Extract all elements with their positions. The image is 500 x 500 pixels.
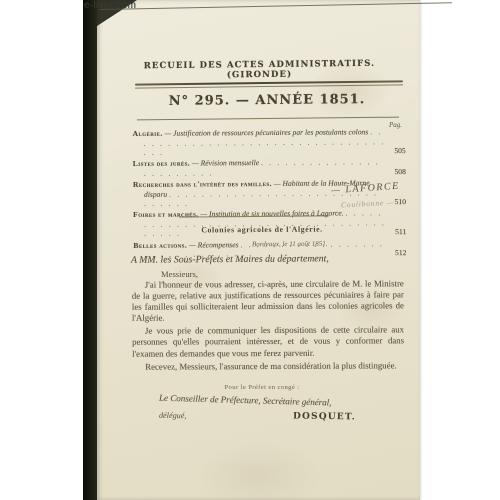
toc-page-number: 505	[394, 146, 405, 156]
printed-content: RECUEIL DES ACTES ADMINISTRATIFS. (GIRON…	[97, 0, 420, 500]
toc-entry: Listes des jurés. — Révision mensuelle .…	[133, 157, 406, 178]
screenshot-background: e-livre.com RECUEIL DES ACTES ADMINISTRA…	[0, 0, 500, 500]
letter-body: J'ai l'honneur de vous adresser, ci-aprè…	[132, 278, 404, 374]
toc-page-number: 512	[395, 248, 406, 258]
signature-per-line: Pour le Préfet en congé :	[137, 384, 387, 391]
toc-description: — Révision mensuelle	[190, 158, 259, 167]
signature-title-line: Le Conseiller de Préfecture, Secrétaire …	[159, 393, 399, 410]
book-spine-edge	[83, 0, 98, 500]
masthead-rule	[135, 80, 403, 88]
toc-term: Listes des jurés.	[133, 159, 190, 168]
site-watermark: e-livre.com	[84, 0, 136, 11]
toc-term: Foires et marchés.	[133, 210, 198, 219]
letter-paragraph: Recevez, Messieurs, l'assurance de ma co…	[132, 360, 404, 373]
document-page: RECUEIL DES ACTES ADMINISTRATIFS. (GIRON…	[97, 0, 420, 500]
letter-paragraph: J'ai l'honneur de vous adresser, ci-aprè…	[132, 278, 404, 324]
issue-number-line: N° 295. — ANNÉE 1851.	[127, 92, 407, 109]
toc-entry: Algérie. — Justification de ressources p…	[133, 127, 406, 158]
toc-page-number: 510	[395, 197, 406, 207]
letter-paragraph: Je vous prie de communiquer les disposit…	[132, 325, 404, 360]
letter-addressees: A MM. les Sous-Préfets et Maires du dépa…	[131, 253, 329, 265]
masthead-title: RECUEIL DES ACTES ADMINISTRATIFS. (GIRON…	[127, 59, 392, 82]
toc-term: Algérie.	[133, 129, 163, 138]
signature-name: DOSQUET.	[293, 412, 356, 423]
signature-delegate: délégué,	[159, 411, 187, 420]
letter-salutation: Messieurs,	[161, 269, 198, 279]
letter-heading: Colonies agricoles de l'Algérie.	[137, 224, 387, 235]
toc-page-number: 511	[395, 227, 406, 237]
letter-dateline: Bordeaux, le 11 août 1851.	[252, 240, 327, 249]
toc-description: — Récompenses	[187, 240, 239, 249]
header-rule	[137, 117, 399, 121]
toc-term: Belles actions.	[133, 240, 187, 249]
toc-term: Recherches dans l'intérêt des familles.	[133, 179, 272, 189]
toc-page-number: 508	[394, 167, 405, 177]
